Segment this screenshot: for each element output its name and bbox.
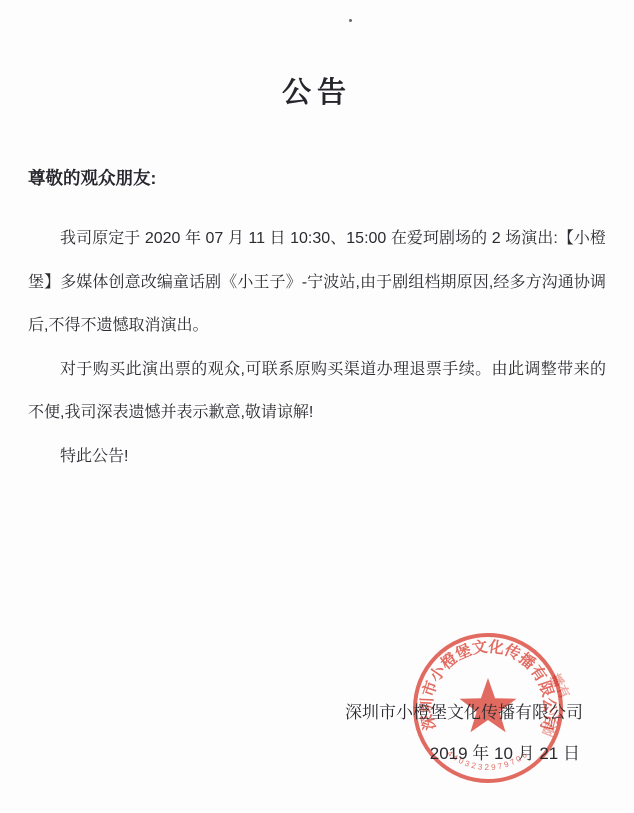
signature-date: 2019 年 10 月 21 日 [430,739,580,764]
body-paragraph: 我司原定于 2020 年 07 月 11 日 10:30、15:00 在爱珂剧场… [28,217,606,348]
announcement-body: 我司原定于 2020 年 07 月 11 日 10:30、15:00 在爱珂剧场… [28,217,606,478]
signature-company-name: 深圳市小橙堡文化传播有限公司 [345,698,583,723]
body-paragraph: 对于购买此演出票的观众,可联系原购买渠道办理退票手续。由此调整带来的不便,我司深… [28,348,606,435]
page-title: 公告 [0,70,634,111]
scan-speck [349,19,352,22]
salutation: 尊敬的观众朋友: [28,165,156,190]
closing-line: 特此公告! [28,435,606,479]
announcement-page: 公告 尊敬的观众朋友: 我司原定于 2020 年 07 月 11 日 10:30… [0,0,634,813]
